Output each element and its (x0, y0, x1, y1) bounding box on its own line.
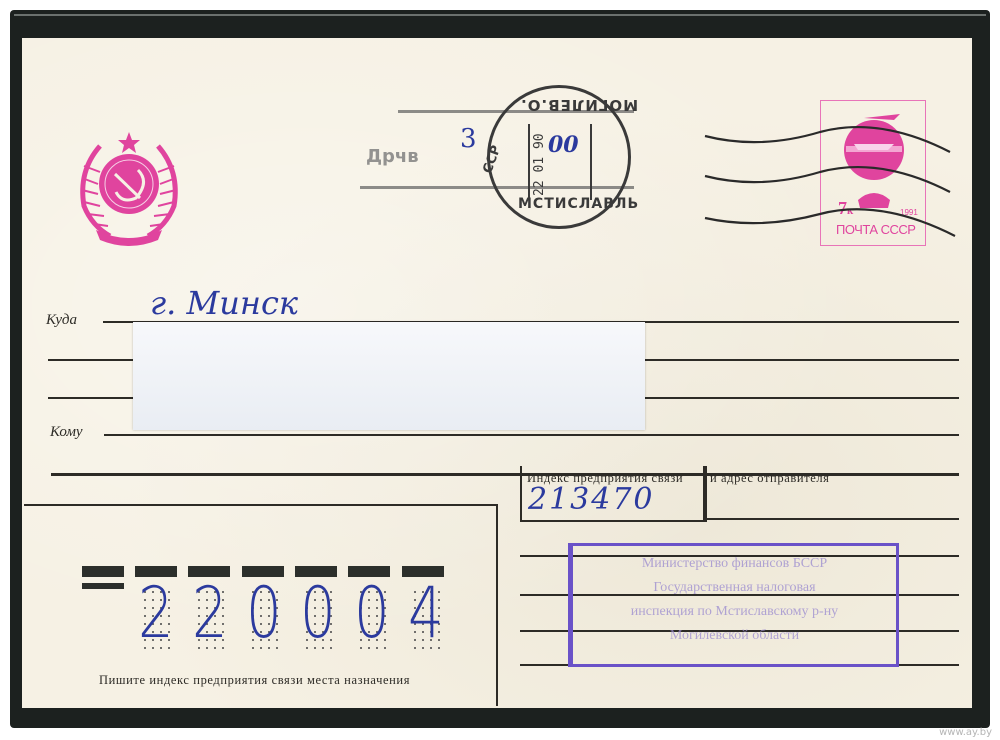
watermark: www.ay.by (939, 727, 992, 738)
violet-stamp-line: Министерство финансов БССР (573, 552, 896, 576)
postal-code-digit: 0 (246, 572, 282, 654)
postmark-divider (590, 124, 592, 200)
to-label: Куда (46, 312, 77, 329)
tax-inspection-stamp: Министерство финансов БССР Государственн… (568, 543, 899, 667)
redaction-sticker (133, 322, 645, 430)
sender-box-divider (703, 466, 705, 520)
postal-code-digit: 0 (354, 572, 390, 654)
postal-code-digit: 2 (192, 572, 228, 654)
backing-edge (14, 14, 986, 16)
postal-code-box-side (496, 504, 498, 706)
handwritten-mark-right: 00 (548, 132, 579, 158)
cancellation-waves (700, 110, 970, 250)
postmark-top-text: МОГИЛЕВ.О. (520, 96, 638, 114)
whom-label: Кому (50, 424, 83, 441)
postmark-bottom-text: МСТИСЛАВЛЬ (518, 196, 639, 212)
handwritten-mark-left: 3 (460, 124, 477, 154)
ussr-coat-of-arms-icon (70, 126, 188, 248)
postal-code-digit: 0 (300, 572, 336, 654)
sender-address-line (704, 518, 959, 520)
machine-stamp-text: Дрчв (366, 146, 419, 167)
code-bar (82, 566, 124, 577)
postmark-date: 22 01 90 (532, 133, 547, 196)
sender-address-label: и адрес отправителя (710, 471, 830, 486)
violet-stamp-line: Государственная налоговая (573, 576, 896, 600)
violet-stamp-line: инспекция по Мстиславскому р-ну (573, 600, 896, 624)
handwritten-city: г. Минск (150, 284, 298, 322)
postal-code-caption: Пишите индекс предприятия связи места на… (99, 673, 410, 688)
postal-code-box-top (24, 504, 497, 506)
sender-index-handwritten: 213470 (528, 482, 655, 517)
postal-code-digit: 4 (408, 572, 444, 654)
postmark-divider (528, 124, 530, 200)
code-bar (82, 583, 124, 589)
postal-code-digit: 2 (138, 572, 174, 654)
address-line (104, 434, 959, 436)
violet-stamp-line: Могилевской области (573, 624, 896, 648)
